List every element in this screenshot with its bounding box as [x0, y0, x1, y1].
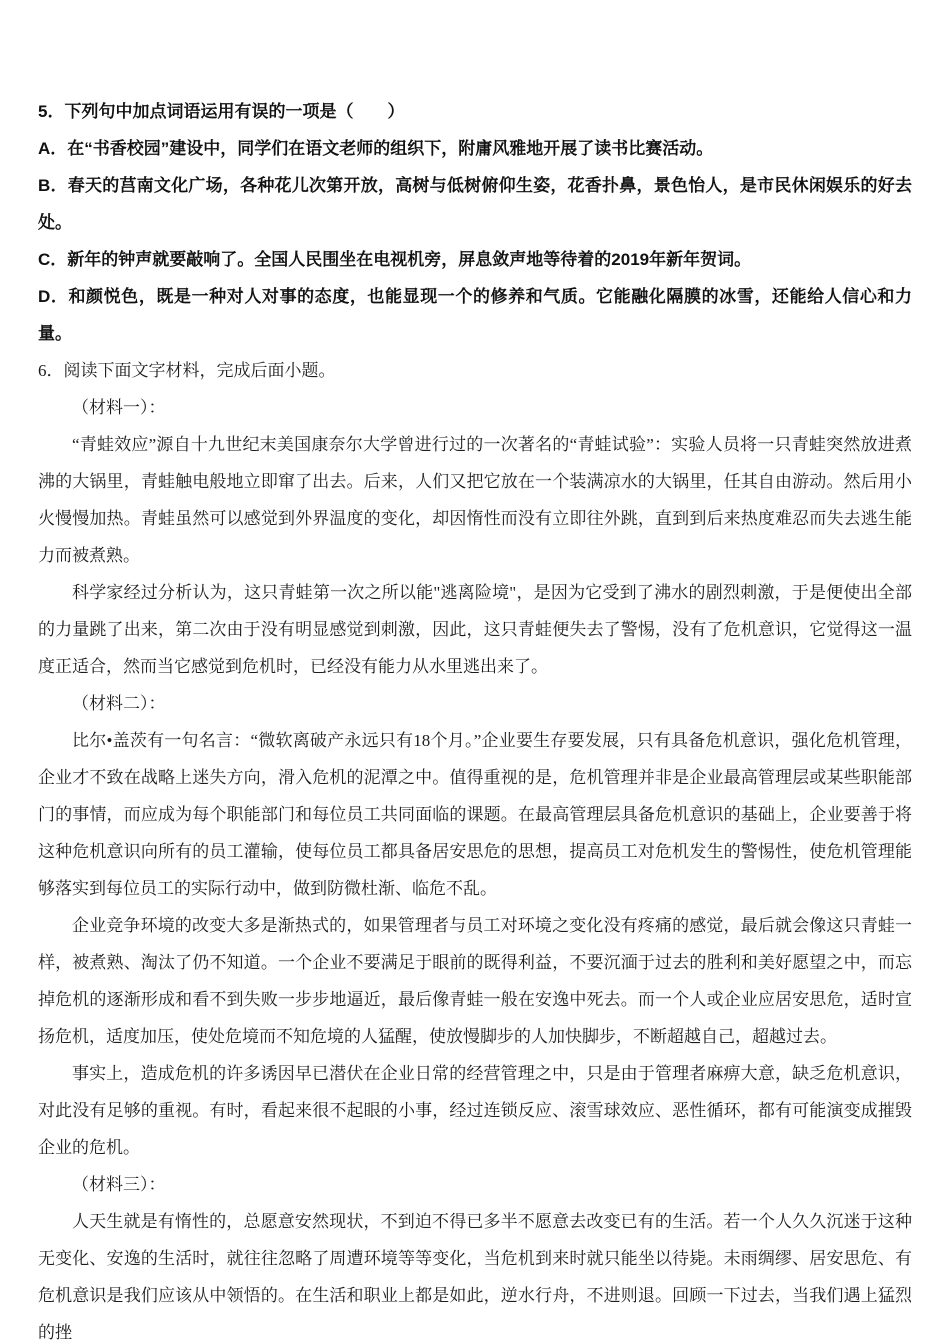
material1-paragraph-1: “青蛙效应”源自十九世纪末美国康奈尔大学曾进行过的一次著名的“青蛙试验”：实验人… — [38, 426, 912, 574]
emphasized-word: 附庸风雅 — [458, 139, 526, 158]
emphasized-word: 和颜悦色 — [68, 287, 138, 306]
option-text-post: 地开展了读书比赛活动。 — [526, 139, 713, 158]
option-label: B． — [38, 176, 68, 195]
option-label: D． — [38, 287, 68, 306]
option-text-pre: 在“书香校园”建设中，同学们在语文老师的组织下， — [67, 139, 458, 158]
option-text-post: 地等待着的2019年新年贺词。 — [526, 250, 751, 269]
question5-option-d: D．和颜悦色，既是一种对人对事的态度，也能显现一个的修养和气质。它能融化隔膜的冰… — [38, 278, 912, 352]
option-text-pre: 新年的钟声就要敲响了。全国人民围坐在电视机旁， — [67, 250, 458, 269]
question5-stem: 5．下列句中加点词语运用有误的一项是（ ） — [38, 93, 912, 130]
emphasized-word: 屏息敛声 — [458, 250, 526, 269]
material1-title: （材料一）： — [38, 389, 912, 426]
question5-option-b: B．春天的莒南文化广场，各种花儿次第开放，高树与低树俯仰生姿，花香扑鼻，景色怡人… — [38, 167, 912, 241]
option-label: A． — [38, 139, 67, 158]
material3-title: （材料三）： — [38, 1166, 912, 1203]
material2-paragraph-1: 比尔•盖茨有一句名言：“微软离破产永远只有18个月。”企业要生存要发展，只有具备… — [38, 722, 912, 907]
question-5: 5．下列句中加点词语运用有误的一项是（ ） A．在“书香校园”建设中，同学们在语… — [38, 93, 912, 352]
document-page: 5．下列句中加点词语运用有误的一项是（ ） A．在“书香校园”建设中，同学们在语… — [0, 0, 950, 1344]
question5-option-c: C．新年的钟声就要敲响了。全国人民围坐在电视机旁，屏息敛声地等待着的2019年新… — [38, 241, 912, 278]
option-label: C． — [38, 250, 67, 269]
question5-option-a: A．在“书香校园”建设中，同学们在语文老师的组织下，附庸风雅地开展了读书比赛活动… — [38, 130, 912, 167]
option-text-pre: 春天的莒南文化广场，各种花儿次第开放，高树与低树 — [68, 176, 482, 195]
material3-paragraph-1: 人天生就是有惰性的，总愿意安然现状，不到迫不得已多半不愿意去改变已有的生活。若一… — [38, 1203, 912, 1344]
question-6: 6．阅读下面文字材料，完成后面小题。 （材料一）： “青蛙效应”源自十九世纪末美… — [38, 352, 912, 1344]
option-text-post: ，既是一种对人对事的态度，也能显现一个的修养和气质。它能融化隔膜的冰雪，还能给人… — [38, 287, 912, 343]
emphasized-word: 俯仰生姿 — [481, 176, 550, 195]
material2-paragraph-2: 企业竞争环境的改变大多是渐热式的，如果管理者与员工对环境之变化没有疼痛的感觉，最… — [38, 907, 912, 1055]
material1-paragraph-2: 科学家经过分析认为，这只青蛙第一次之所以能"逃离险境"，是因为它受到了沸水的剧烈… — [38, 574, 912, 685]
material2-paragraph-3: 事实上，造成危机的许多诱因早已潜伏在企业日常的经营管理之中，只是由于管理者麻痹大… — [38, 1055, 912, 1166]
question6-stem: 6．阅读下面文字材料，完成后面小题。 — [38, 352, 912, 389]
material2-title: （材料二）： — [38, 685, 912, 722]
